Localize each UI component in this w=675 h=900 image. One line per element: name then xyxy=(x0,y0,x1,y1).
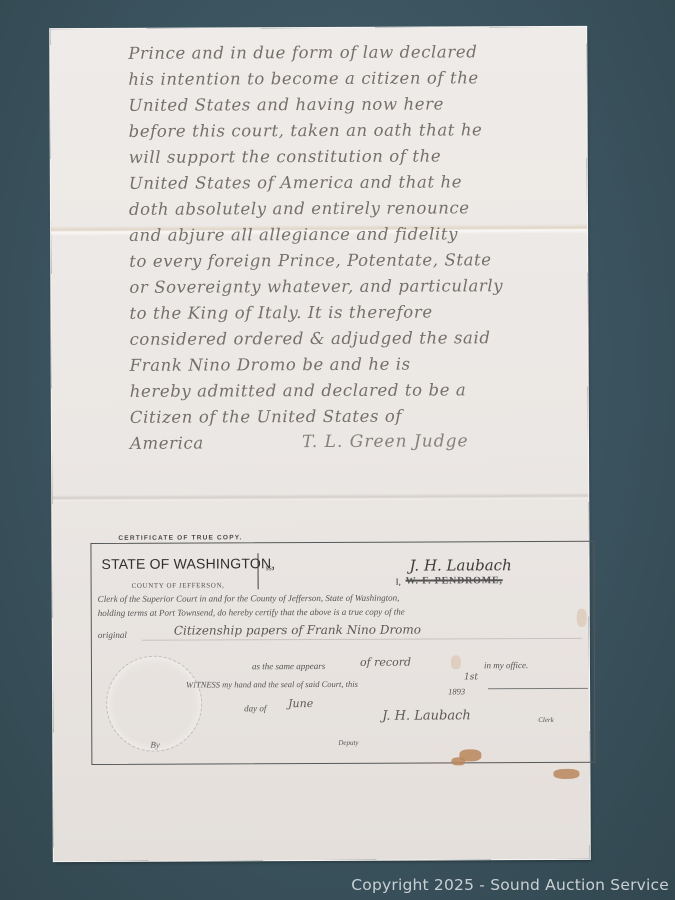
handwritten-line: his intention to become a citizen of the xyxy=(128,65,578,93)
year: 1893 xyxy=(448,686,465,696)
cert-line-1: Clerk of the Superior Court in and for t… xyxy=(98,593,400,604)
handwritten-line: United States of America and that he xyxy=(129,169,579,197)
deputy-label: Deputy xyxy=(338,739,358,747)
handwritten-line: will support the constitution of the xyxy=(129,143,579,171)
handwritten-line: United States and having now here xyxy=(128,91,578,119)
handwritten-line: considered ordered & adjudged the said xyxy=(129,325,579,353)
original-label: original xyxy=(98,630,127,640)
handwritten-line: Citizen of the United States of xyxy=(130,403,580,431)
county-label: COUNTY OF JEFFERSON, xyxy=(132,581,225,589)
handwritten-line: before this court, taken an oath that he xyxy=(129,117,579,145)
day-rule xyxy=(488,688,588,689)
struck-clerk-name: W. F. PENDROME, xyxy=(406,575,503,586)
witness-label: WITNESS my hand and the seal of said Cou… xyxy=(186,679,358,690)
witness-day: 1st xyxy=(464,672,478,682)
handwritten-line: to every foreign Prince, Potentate, Stat… xyxy=(129,247,579,275)
cert-line-2: holding terms at Port Townsend, do hereb… xyxy=(98,607,405,618)
handwritten-line: Prince and in due form of law declared xyxy=(128,39,578,67)
handwritten-line: hereby admitted and declared to be a xyxy=(130,377,580,405)
judge-signature: T. L. Green Judge xyxy=(302,431,469,452)
handwritten-line: or Sovereignty whatever, and particularl… xyxy=(129,273,579,301)
day-of-label: day of xyxy=(244,703,266,713)
certificate-heading: CERTIFICATE OF TRUE COPY. xyxy=(118,534,242,542)
handwritten-line: doth absolutely and entirely renounce xyxy=(129,195,579,223)
i-label: I, xyxy=(396,577,401,587)
stain xyxy=(451,655,461,669)
copyright-watermark: Copyright 2025 - Sound Auction Service xyxy=(351,876,669,894)
handwritten-line: Frank Nino Dromo be and he is xyxy=(130,351,580,379)
appears-fill: of record xyxy=(360,656,411,669)
certificate-box: STATE OF WASHINGTON, ss. COUNTY OF JEFFE… xyxy=(90,541,595,765)
brace-divider xyxy=(257,553,259,589)
stain xyxy=(577,609,587,627)
fill-rule xyxy=(142,638,582,641)
clerk-label: Clerk xyxy=(538,716,554,724)
month-fill: June xyxy=(288,697,313,710)
appears-label: as the same appears xyxy=(252,661,325,671)
clerk-signature-line: J. H. Laubach xyxy=(382,708,471,723)
handwritten-line: and abjure all allegiance and fidelity xyxy=(129,221,579,249)
office-label: in my office. xyxy=(484,660,528,670)
stain xyxy=(553,769,579,779)
fold-crease-lower xyxy=(52,493,588,501)
handwritten-line: to the King of Italy. It is therefore xyxy=(129,299,579,327)
state-label: STATE OF WASHINGTON, xyxy=(101,555,275,572)
ss-label: ss. xyxy=(266,563,274,572)
clerk-signature-header: J. H. Laubach xyxy=(409,556,511,574)
handwritten-text-block: Prince and in due form of law declared h… xyxy=(128,39,580,457)
original-fill: Citizenship papers of Frank Nino Dromo xyxy=(174,623,421,638)
stain xyxy=(451,757,465,765)
embossed-seal xyxy=(106,656,202,752)
document-paper: Prince and in due form of law declared h… xyxy=(50,27,590,861)
